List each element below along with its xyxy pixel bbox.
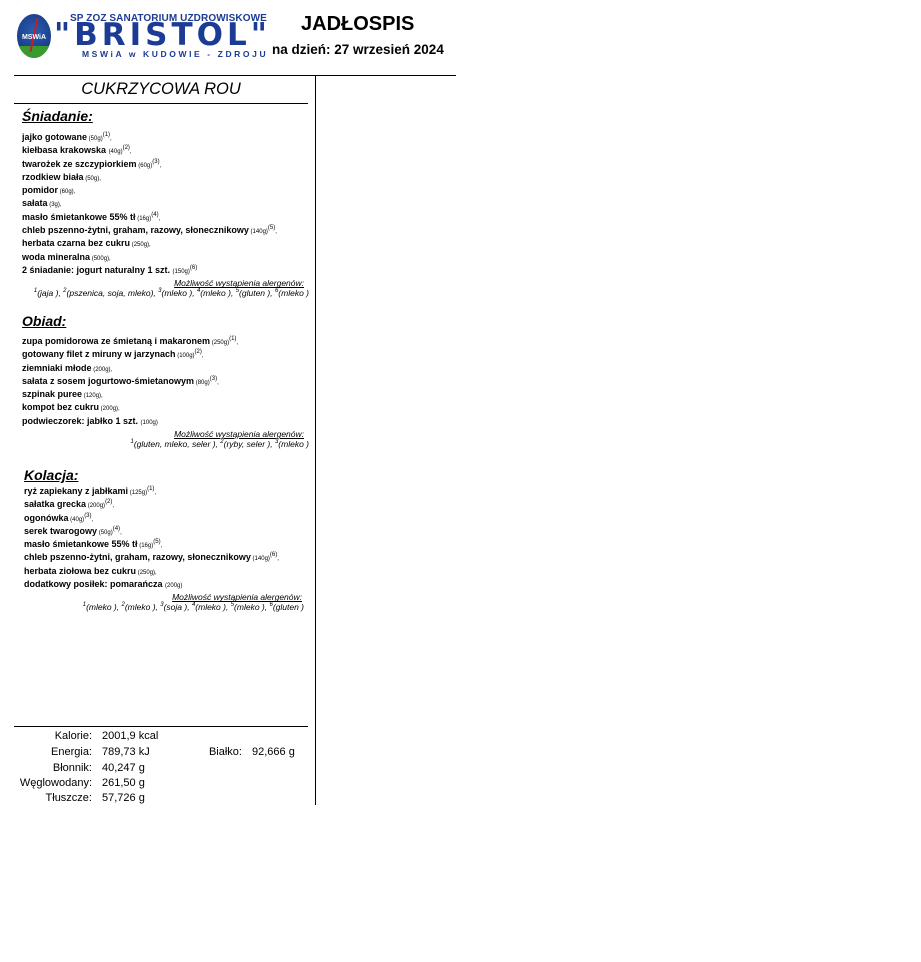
allergen-heading: Możliwość wystąpienia alergenów: xyxy=(22,429,304,439)
allergen-heading: Możliwość wystąpienia alergenów: xyxy=(22,278,304,288)
menu-item: pomidor (60g), xyxy=(22,185,309,198)
meal-breakfast: Śniadanie: jajko gotowane (50g)(1),kiełb… xyxy=(22,108,309,299)
header-divider xyxy=(14,75,456,76)
energy-label: Energia: xyxy=(0,745,92,761)
menu-title: JADŁOSPIS xyxy=(301,13,414,36)
allergen-list: 1(jaja ), 2(pszenica, soja, mleko), 3(ml… xyxy=(22,288,309,299)
menu-item: gotowany filet z miruny w jarzynach (100… xyxy=(22,349,309,362)
allergen-heading: Możliwość wystąpienia alergenów: xyxy=(24,592,302,602)
menu-item: herbata ziołowa bez cukru (250g), xyxy=(24,566,304,579)
carbs-label: Węglowodany: xyxy=(0,776,92,792)
menu-item: masło śmietankowe 55% tł (16g)(5), xyxy=(24,539,304,552)
menu-item: ryż zapiekany z jabłkami (125g)(1), xyxy=(24,486,304,499)
fat-label: Tłuszcze: xyxy=(0,791,92,807)
meal-heading: Kolacja: xyxy=(24,467,304,483)
protein-label: Białko: xyxy=(150,745,242,761)
menu-item: dodatkowy posiłek: pomarańcza (200g) xyxy=(24,579,304,592)
menu-item: masło śmietankowe 55% tł (16g)(4), xyxy=(22,212,309,225)
menu-item: rzodkiew biała (50g), xyxy=(22,172,309,185)
calories-label: Kalorie: xyxy=(0,729,92,745)
fiber-label: Błonnik: xyxy=(0,761,92,777)
menu-item: woda mineralna (500g), xyxy=(22,252,309,265)
menu-item: kompot bez cukru (200g), xyxy=(22,402,309,415)
allergen-list: 1(mleko ), 2(mleko ), 3(soja ), 4(mleko … xyxy=(24,602,304,613)
diet-divider xyxy=(14,103,308,104)
mswia-emblem-logo: MSWiA xyxy=(17,14,51,58)
meal-items: jajko gotowane (50g)(1),kiełbasa krakows… xyxy=(22,132,309,278)
meal-dinner: Kolacja: ryż zapiekany z jabłkami (125g)… xyxy=(24,467,304,613)
menu-item: sałata z sosem jogurtowo-śmietanowym (80… xyxy=(22,376,309,389)
menu-item: chleb pszenno-żytni, graham, razowy, sło… xyxy=(24,552,304,565)
menu-item: chleb pszenno-żytni, graham, razowy, sło… xyxy=(22,225,309,238)
menu-item: herbata czarna bez cukru (250g), xyxy=(22,238,309,251)
menu-item: zupa pomidorowa ze śmietaną i makaronem … xyxy=(22,336,309,349)
menu-item: kiełbasa krakowska (40g)(2), xyxy=(22,145,309,158)
menu-item: ogonówka (40g)(3), xyxy=(24,513,304,526)
fat-value: 57,726 g xyxy=(102,791,145,807)
menu-item: sałata (3g), xyxy=(22,198,309,211)
menu-item: serek twarogowy (50g)(4), xyxy=(24,526,304,539)
meal-items: ryż zapiekany z jabłkami (125g)(1),sałat… xyxy=(24,486,304,592)
menu-item: jajko gotowane (50g)(1), xyxy=(22,132,309,145)
menu-item: sałatka grecka (200g)(2), xyxy=(24,499,304,512)
nutrition-summary: Kalorie: 2001,9 kcal Energia: 789,73 kJ … xyxy=(0,729,310,809)
calories-value: 2001,9 kcal xyxy=(102,729,158,745)
carbs-value: 261,50 g xyxy=(102,776,145,792)
menu-item: 2 śniadanie: jogurt naturalny 1 szt. (15… xyxy=(22,265,309,278)
meal-items: zupa pomidorowa ze śmietaną i makaronem … xyxy=(22,336,309,429)
diet-name: CUKRZYCOWA ROU xyxy=(14,80,308,99)
meal-heading: Obiad: xyxy=(22,313,309,329)
protein-value: 92,666 g xyxy=(252,745,295,761)
column-divider xyxy=(315,76,316,805)
menu-item: podwieczorek: jabłko 1 szt. (100g) xyxy=(22,416,309,429)
meal-lunch: Obiad: zupa pomidorowa ze śmietaną i mak… xyxy=(22,313,309,450)
allergen-list: 1(gluten, mleko, seler ), 2(ryby, seler … xyxy=(22,439,309,450)
menu-item: twarożek ze szczypiorkiem (60g)(3), xyxy=(22,159,309,172)
organization-subtitle: MSWiA w KUDOWIE - ZDROJU xyxy=(82,49,268,59)
meal-heading: Śniadanie: xyxy=(22,108,309,124)
menu-date: na dzień: 27 wrzesień 2024 xyxy=(272,42,444,57)
nutrition-divider xyxy=(14,726,308,727)
fiber-value: 40,247 g xyxy=(102,761,145,777)
menu-item: ziemniaki młode (200g), xyxy=(22,363,309,376)
organization-name: "BRISTOL" xyxy=(54,18,271,52)
energy-value: 789,73 kJ xyxy=(102,745,150,761)
menu-item: szpinak puree (120g), xyxy=(22,389,309,402)
